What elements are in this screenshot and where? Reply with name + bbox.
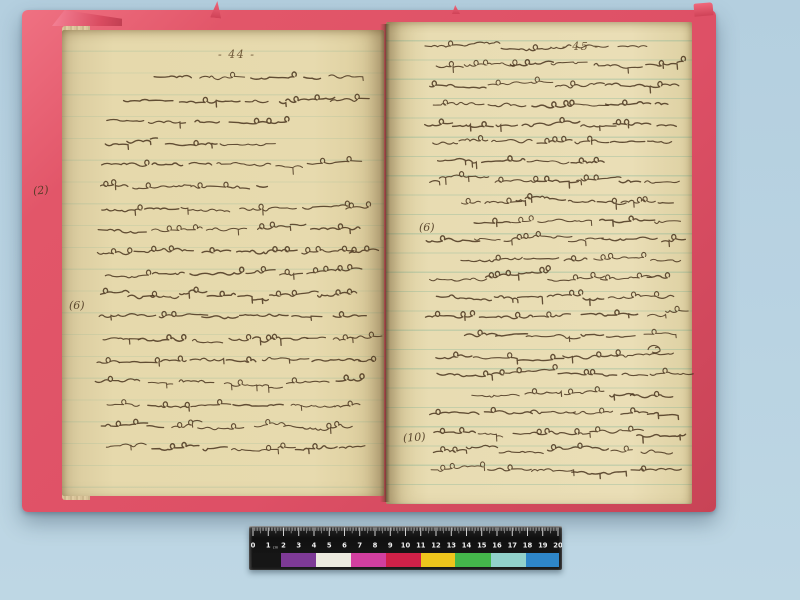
color-patch-magenta <box>351 553 386 567</box>
ruler-number: 16 <box>492 542 502 550</box>
color-patch-yellow <box>421 553 456 567</box>
color-patch-black <box>252 553 281 567</box>
ruler-number: 14 <box>462 542 472 550</box>
red-bookmark-tab-icon <box>693 2 713 17</box>
color-patch-white <box>316 553 351 567</box>
right-page <box>386 22 692 504</box>
marginal-annotation: (6) <box>69 299 85 312</box>
ruler-number: 4 <box>312 542 317 550</box>
photo-scale-ruler: 01234567891011121314151617181920cm <box>249 526 562 570</box>
marginal-annotation: (2) <box>32 183 49 198</box>
ruler-number: 18 <box>523 542 533 550</box>
color-patch-crimson <box>386 553 421 567</box>
ruler-number: 9 <box>388 542 393 550</box>
ruler-number: 2 <box>281 542 286 550</box>
ruler-number: 17 <box>508 542 518 550</box>
color-calibration-patches <box>252 553 559 567</box>
ruler-number: 12 <box>431 542 441 550</box>
ruler-number: 7 <box>357 542 362 550</box>
manuscript-book <box>22 10 716 512</box>
ruler-number: 10 <box>401 542 411 550</box>
color-patch-blue <box>526 553 559 567</box>
ruler-number: 15 <box>477 542 487 550</box>
marginal-annotation: (6) <box>419 221 435 234</box>
marginal-annotation: (10) <box>403 430 426 445</box>
cover-corner-fold <box>52 10 122 26</box>
ruler-number: 8 <box>373 542 378 550</box>
ruler-scale: 01234567891011121314151617181920cm <box>249 526 562 555</box>
ruler-number: 1 <box>266 542 271 550</box>
ruler-number: 6 <box>342 542 347 550</box>
color-patch-purple <box>281 553 316 567</box>
color-patch-green <box>455 553 490 567</box>
ruler-number: 5 <box>327 542 332 550</box>
book-gutter <box>380 24 390 502</box>
photo-background: - 44 - - 45 - (2) (6) (6) (10) 012345678… <box>0 0 800 600</box>
ruler-number: 13 <box>447 542 457 550</box>
ruler-number: 19 <box>538 542 548 550</box>
ruler-number: 11 <box>416 542 426 550</box>
right-page-number: - 45 - <box>562 40 599 53</box>
ruler-number: 20 <box>553 542 562 550</box>
color-patch-cyan <box>491 553 526 567</box>
left-page-number: - 44 - <box>218 48 255 61</box>
left-page <box>62 30 384 496</box>
ruler-number: 0 <box>251 542 256 550</box>
ruler-number: 3 <box>296 542 301 550</box>
ruler-unit-label: cm <box>273 546 279 550</box>
